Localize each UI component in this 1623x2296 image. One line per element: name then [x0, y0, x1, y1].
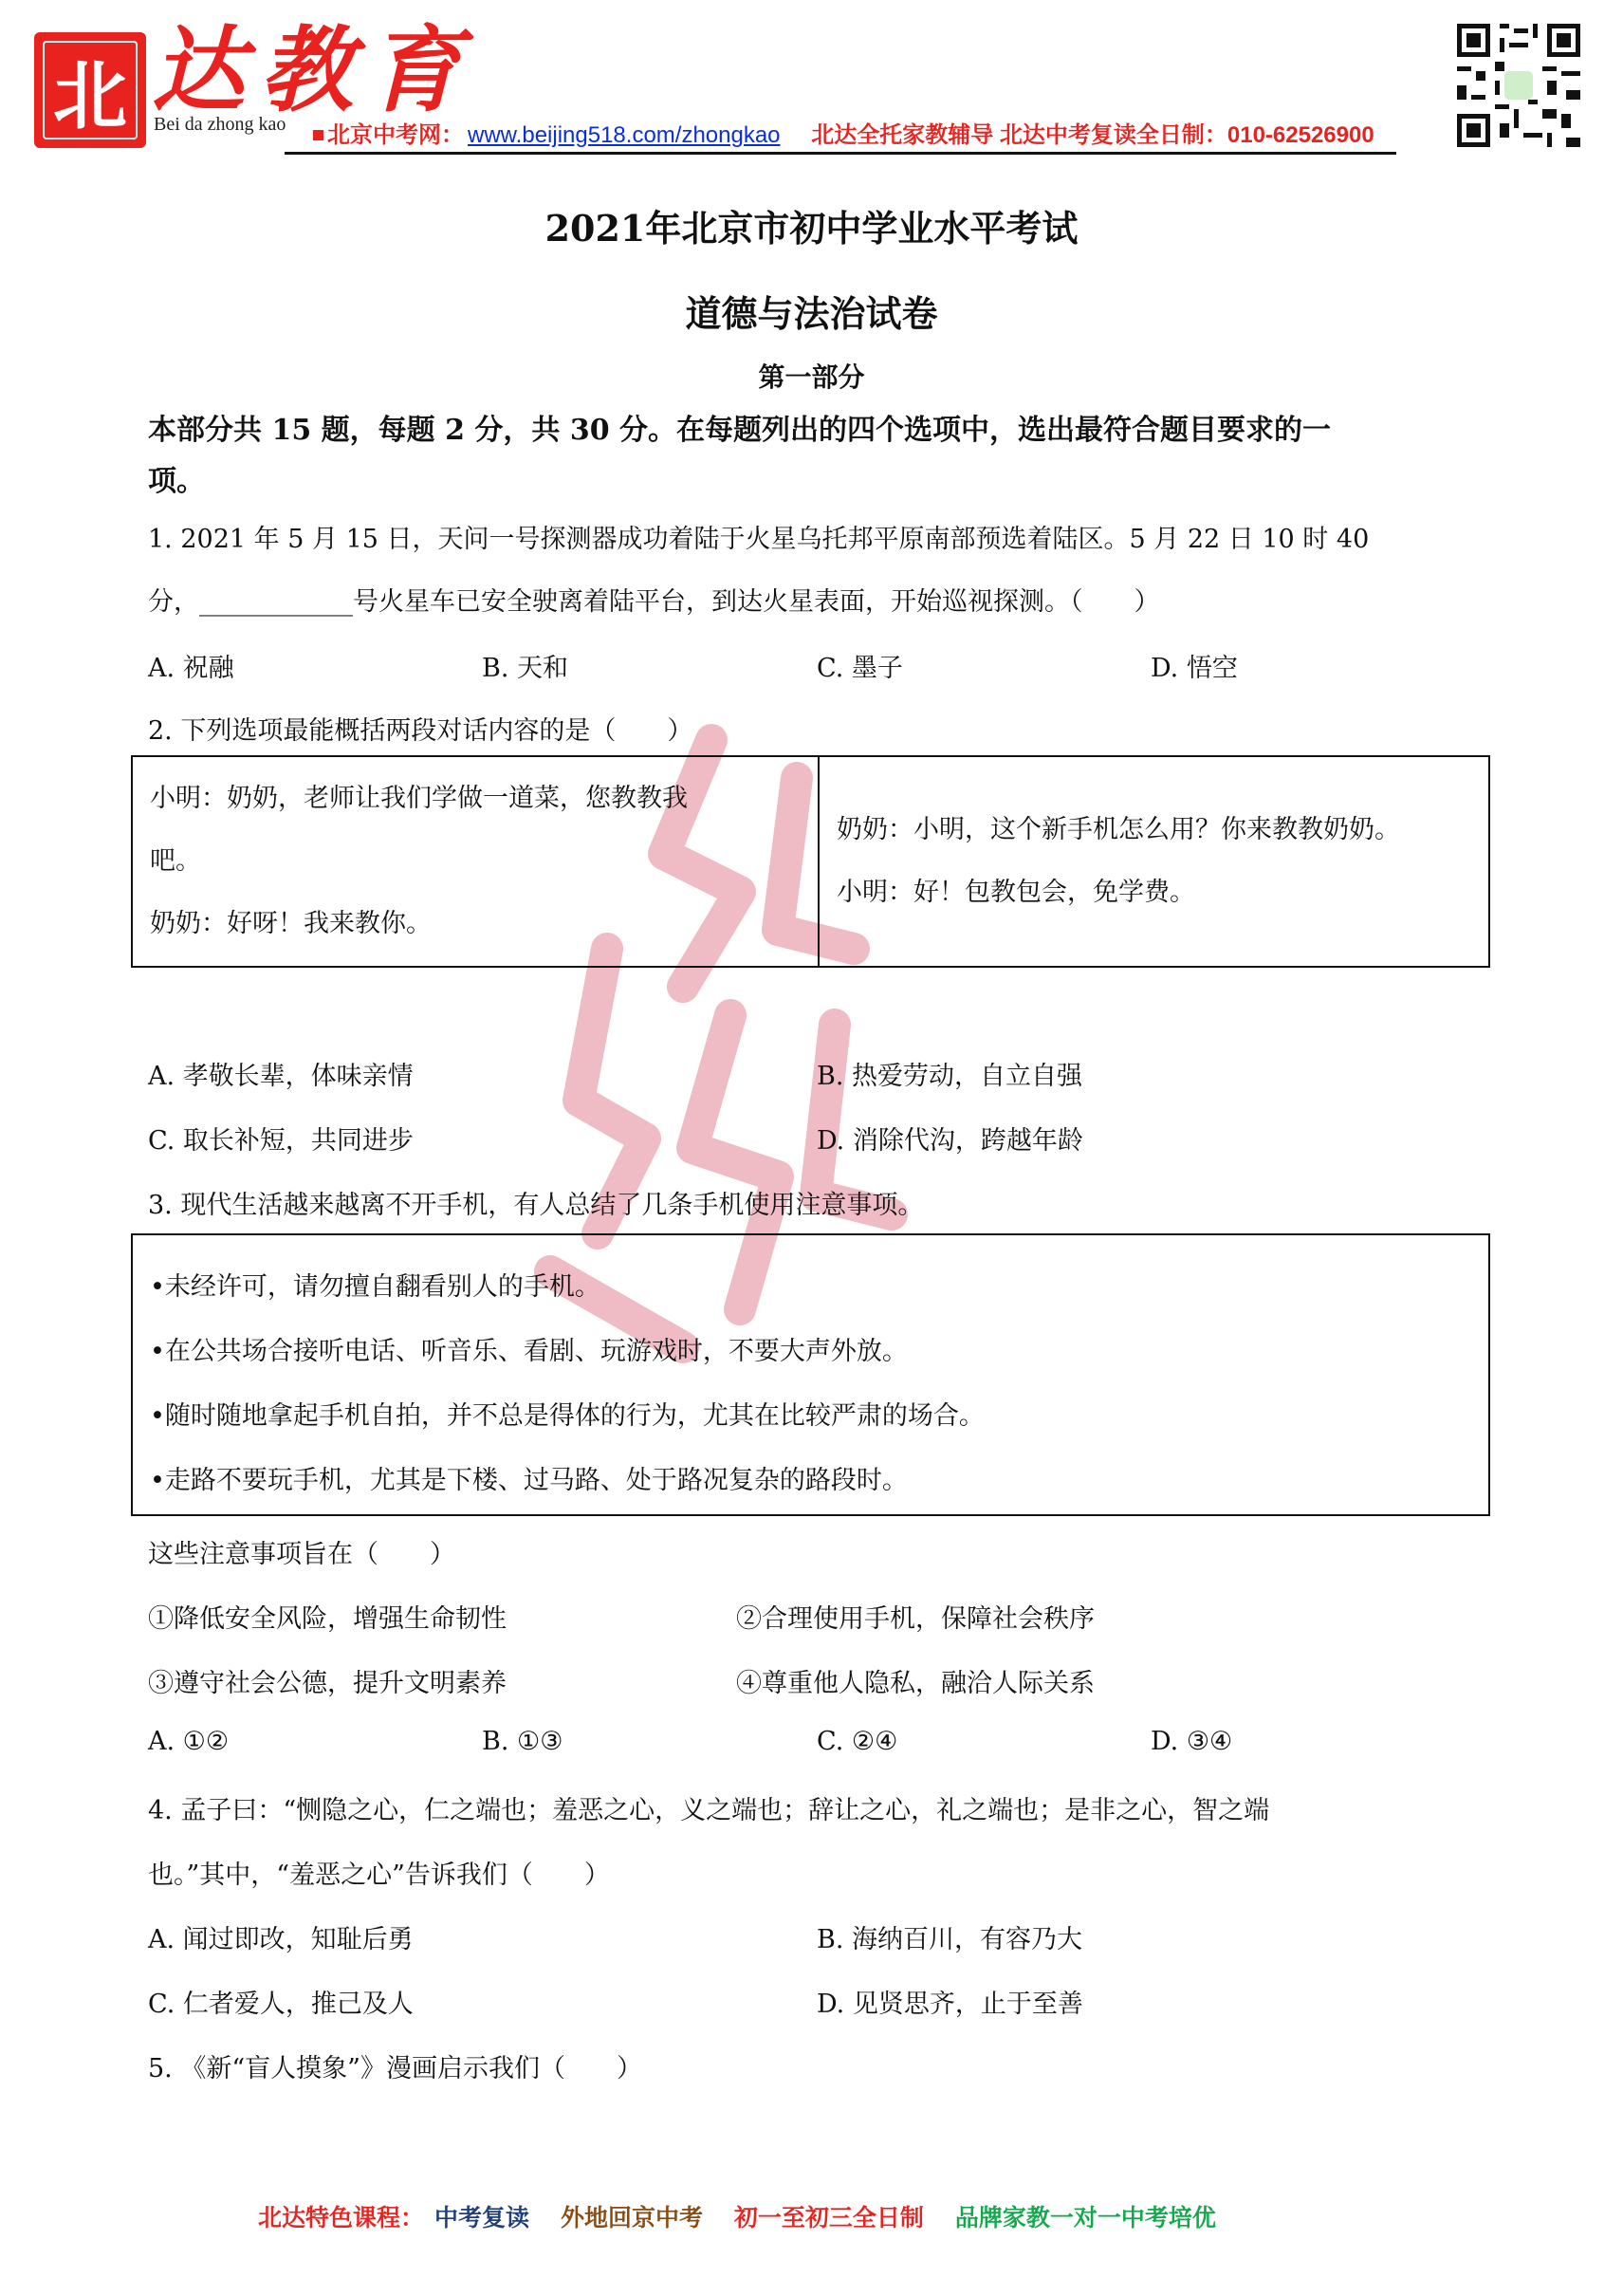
- q1-stem-line-2: 分，____________号火星车已安全驶离着陆平台，到达火星表面，开始巡视探…: [148, 581, 1160, 618]
- q2-option-c[interactable]: C. 取长补短，共同进步: [148, 1120, 414, 1157]
- q3-statement-3: ③遵守社会公德，提升文明素养: [148, 1662, 507, 1699]
- logo-seal: 北: [34, 32, 146, 148]
- header-divider: [285, 152, 1396, 155]
- q3-option-d[interactable]: D. ③④: [1151, 1727, 1232, 1756]
- q4-option-c[interactable]: C. 仁者爱人，推己及人: [148, 1983, 414, 2020]
- qr-code-icon: [1452, 19, 1585, 152]
- site-label: 北京中考网：: [327, 122, 464, 148]
- tip-item: •未经许可，请勿擅自翻看别人的手机。: [150, 1266, 600, 1303]
- q1-stem-line-1: 1. 2021 年 5 月 15 日，天问一号探测器成功着陆于火星乌托邦平原南部…: [148, 518, 1369, 555]
- q3-question: 这些注意事项旨在（ ）: [148, 1533, 455, 1570]
- logo-wordmark: 达教育: [152, 19, 476, 123]
- dialog-right-line: 小明：好！包教包会，免学费。: [837, 861, 1471, 924]
- q4-stem-line-2: 也。”其中，“羞恶之心”告诉我们（ ）: [148, 1854, 610, 1891]
- q2-option-a[interactable]: A. 孝敬长辈，体味亲情: [148, 1055, 414, 1092]
- q3-tips-box: •未经许可，请勿擅自翻看别人的手机。 •在公共场合接听电话、听音乐、看剧、玩游戏…: [131, 1233, 1490, 1516]
- footer-course[interactable]: 品牌家教一对一中考培优: [955, 2205, 1216, 2231]
- logo-seal-char: 北: [43, 41, 138, 139]
- footer-course[interactable]: 外地回京中考: [561, 2205, 703, 2231]
- section-title: 第一部分: [0, 357, 1623, 395]
- q2-option-b[interactable]: B. 热爱劳动，自立自强: [817, 1055, 1082, 1092]
- instructions-line-2: 项。: [148, 457, 205, 499]
- q1-option-b[interactable]: B. 天和: [482, 647, 568, 684]
- q4-option-b[interactable]: B. 海纳百川，有容乃大: [817, 1918, 1082, 1955]
- site-link[interactable]: www.beijing518.com/zhongkao: [468, 122, 781, 148]
- subject-title: 道德与法治试卷: [0, 285, 1623, 337]
- tip-item: •在公共场合接听电话、听音乐、看剧、玩游戏时，不要大声外放。: [150, 1330, 908, 1367]
- footer-label: 北达特色课程：: [258, 2205, 424, 2231]
- dialog-left-cell: 小明：奶奶，老师让我们学做一道菜，您教教我 吧。 奶奶：好呀！我来教你。: [132, 756, 819, 967]
- footer-course[interactable]: 初一至初三全日制: [734, 2205, 924, 2231]
- q5-stem: 5. 《新“盲人摸象”》漫画启示我们（ ）: [148, 2047, 642, 2084]
- q4-option-a[interactable]: A. 闻过即改，知耻后勇: [148, 1918, 414, 1955]
- q3-option-a[interactable]: A. ①②: [148, 1727, 229, 1756]
- dialog-right-cell: 奶奶：小明，这个新手机怎么用？你来教教奶奶。 小明：好！包教包会，免学费。: [819, 756, 1489, 967]
- logo-pinyin: Bei da zhong kao: [154, 114, 286, 136]
- q3-option-c[interactable]: C. ②④: [817, 1727, 897, 1756]
- q1-option-a[interactable]: A. 祝融: [148, 647, 234, 684]
- footer-courses: 北达特色课程： 中考复读 外地回京中考 初一至初三全日制 品牌家教一对一中考培优: [258, 2199, 1241, 2233]
- q1-option-d[interactable]: D. 悟空: [1151, 647, 1238, 684]
- q1-option-c[interactable]: C. 墨子: [817, 647, 903, 684]
- tip-item: •随时随地拿起手机自拍，并不总是得体的行为，尤其在比较严肃的场合。: [150, 1395, 985, 1432]
- dialog-left-line: 吧。: [150, 830, 801, 893]
- dialog-left-line: 小明：奶奶，老师让我们学做一道菜，您教教我: [150, 768, 801, 830]
- q3-statement-1: ①降低安全风险，增强生命韧性: [148, 1598, 507, 1635]
- q3-statement-2: ②合理使用手机，保障社会秩序: [736, 1598, 1095, 1635]
- q4-stem-line-1: 4. 孟子曰：“恻隐之心，仁之端也；羞恶之心，义之端也；辞让之心，礼之端也；是非…: [148, 1789, 1269, 1826]
- services-text: 北达全托家教辅导 北达中考复读全日制：010-62526900: [811, 122, 1374, 148]
- q2-stem: 2. 下列选项最能概括两段对话内容的是（ ）: [148, 710, 692, 747]
- footer-course[interactable]: 中考复读: [434, 2205, 529, 2231]
- q2-option-d[interactable]: D. 消除代沟，跨越年龄: [817, 1120, 1083, 1157]
- q3-statement-4: ④尊重他人隐私，融洽人际关系: [736, 1662, 1095, 1699]
- q4-option-d[interactable]: D. 见贤思齐，止于至善: [817, 1983, 1083, 2020]
- bullet-square-icon: [313, 130, 323, 140]
- q2-dialog-table: 小明：奶奶，老师让我们学做一道菜，您教教我 吧。 奶奶：好呀！我来教你。 奶奶：…: [131, 755, 1490, 968]
- tip-item: •走路不要玩手机，尤其是下楼、过马路、处于路况复杂的路段时。: [150, 1459, 908, 1496]
- instructions-line-1: 本部分共 15 题，每题 2 分，共 30 分。在每题列出的四个选项中，选出最符…: [148, 406, 1331, 448]
- header-contact-line: 北京中考网：www.beijing518.com/zhongkao 北达全托家教…: [313, 116, 1374, 149]
- dialog-right-line: 奶奶：小明，这个新手机怎么用？你来教教奶奶。: [837, 799, 1471, 861]
- exam-title: 2021年北京市初中学业水平考试: [0, 199, 1623, 251]
- q3-stem: 3. 现代生活越来越离不开手机，有人总结了几条手机使用注意事项。: [148, 1184, 923, 1221]
- q3-option-b[interactable]: B. ①③: [482, 1727, 563, 1756]
- dialog-left-line: 奶奶：好呀！我来教你。: [150, 893, 801, 955]
